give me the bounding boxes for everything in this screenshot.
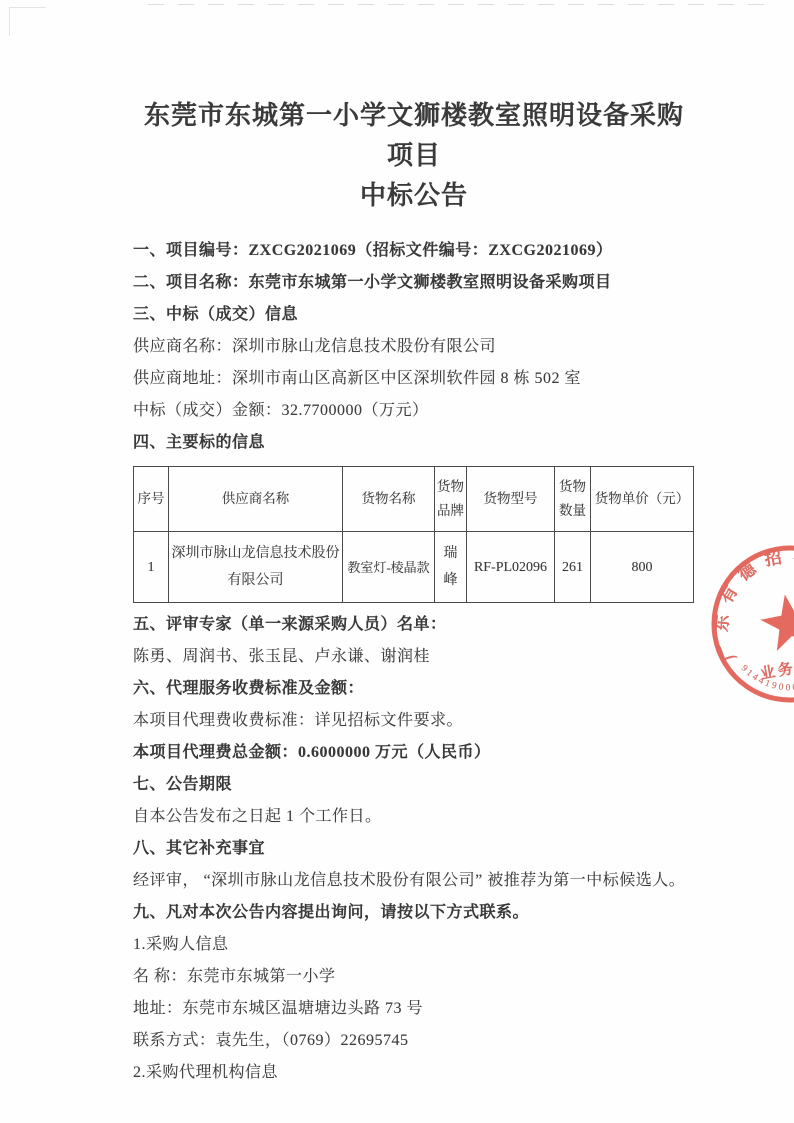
review-experts-heading: 五、评审专家（单一来源采购人员）名单： — [133, 616, 695, 634]
table-header-index: 序号 — [134, 467, 169, 532]
agency-fee-standard-line: 本项目代理费收费标准：详见招标文件要求。 — [133, 712, 695, 730]
table-header-goods-brand: 货物品牌 — [435, 467, 467, 532]
purchaser-contact-line: 联系方式：袁先生，（0769）22695745 — [133, 1032, 695, 1050]
purchaser-address-line: 地址：东莞市东城区温塘塘边头路 73 号 — [133, 1000, 695, 1018]
contact-methods-heading: 九、凡对本次公告内容提出询问，请按以下方式联系。 — [133, 904, 695, 922]
other-matters-heading: 八、其它补充事宜 — [133, 840, 695, 858]
scan-artifact-corner — [9, 7, 46, 36]
document-title-line2: 中标公告 — [133, 176, 695, 216]
table-header-goods-qty: 货物数量 — [555, 467, 591, 532]
supplier-address-line: 供应商地址：深圳市南山区高新区中区深圳软件园 8 栋 502 室 — [133, 370, 695, 388]
official-seal: 广东有德招标 业务专用 91441900009 — [700, 536, 794, 712]
project-name-line: 二、项目名称：东莞市东城第一小学文狮楼教室照明设备采购项目 — [133, 274, 695, 292]
purchaser-info-heading: 1.采购人信息 — [133, 936, 695, 954]
table-cell-goods-model: RF-PL02096 — [467, 532, 555, 603]
table-cell-goods-qty: 261 — [555, 532, 591, 603]
agency-fee-total-line: 本项目代理费总金额：0.6000000 万元（人民币） — [133, 744, 695, 762]
table-cell-goods-name: 教室灯-棱晶款 — [343, 532, 435, 603]
scanned-document-page: { "document": { "title": { "line1": "东莞市… — [0, 0, 794, 1123]
document-title: 东莞市东城第一小学文狮楼教室照明设备采购项目 中标公告 — [133, 96, 695, 216]
experts-names-line: 陈勇、周润书、张玉昆、卢永谦、谢润桂 — [133, 648, 695, 666]
document-body: 东莞市东城第一小学文狮楼教室照明设备采购项目 中标公告 一、项目编号：ZXCG2… — [133, 96, 695, 1096]
purchaser-name-line: 名 称：东莞市东城第一小学 — [133, 968, 695, 986]
table-cell-supplier: 深圳市脉山龙信息技术股份有限公司 — [169, 532, 343, 603]
svg-text:91441900009: 91441900009 — [738, 652, 794, 702]
award-amount-line: 中标（成交）金额：32.7700000（万元） — [133, 402, 695, 420]
table-header-goods-name: 货物名称 — [343, 467, 435, 532]
table-cell-goods-brand: 瑞峰 — [435, 532, 467, 603]
svg-text:广东有德招标: 广东有德招标 — [700, 540, 794, 665]
supplier-name-line: 供应商名称：深圳市脉山龙信息技术股份有限公司 — [133, 338, 695, 356]
table-header-unit-price: 货物单价（元） — [591, 467, 694, 532]
document-title-line1: 东莞市东城第一小学文狮楼教室照明设备采购项目 — [133, 96, 695, 176]
seal-graphic: 广东有德招标 业务专用 91441900009 — [700, 536, 794, 712]
award-info-heading: 三、中标（成交）信息 — [133, 306, 695, 324]
table-header-row: 序号 供应商名称 货物名称 货物品牌 货物型号 货物数量 货物单价（元） — [134, 467, 694, 532]
seal-star-icon — [757, 590, 794, 653]
seal-code: 91441900009 — [738, 652, 794, 702]
announcement-period-line: 自本公告发布之日起 1 个工作日。 — [133, 808, 695, 826]
project-number-line: 一、项目编号：ZXCG2021069（招标文件编号：ZXCG2021069） — [133, 242, 695, 260]
table-header-supplier: 供应商名称 — [169, 467, 343, 532]
table-cell-unit-price: 800 — [591, 532, 694, 603]
table-row: 1 深圳市脉山龙信息技术股份有限公司 教室灯-棱晶款 瑞峰 RF-PL02096… — [134, 532, 694, 603]
seal-ring — [702, 536, 794, 712]
table-cell-index: 1 — [134, 532, 169, 603]
table-header-goods-model: 货物型号 — [467, 467, 555, 532]
seal-arc-text: 广东有德招标 — [700, 540, 794, 665]
seal-label: 业务专用 — [759, 653, 794, 683]
scan-artifact-top-edge — [148, 4, 764, 5]
agency-info-heading: 2.采购代理机构信息 — [133, 1064, 695, 1082]
main-subject-heading: 四、主要标的信息 — [133, 434, 695, 452]
agency-fee-heading: 六、代理服务收费标准及金额： — [133, 680, 695, 698]
announcement-period-heading: 七、公告期限 — [133, 776, 695, 794]
review-result-line: 经评审， “深圳市脉山龙信息技术股份有限公司” 被推荐为第一中标候选人。 — [133, 872, 695, 890]
goods-info-table: 序号 供应商名称 货物名称 货物品牌 货物型号 货物数量 货物单价（元） 1 深… — [133, 466, 694, 603]
